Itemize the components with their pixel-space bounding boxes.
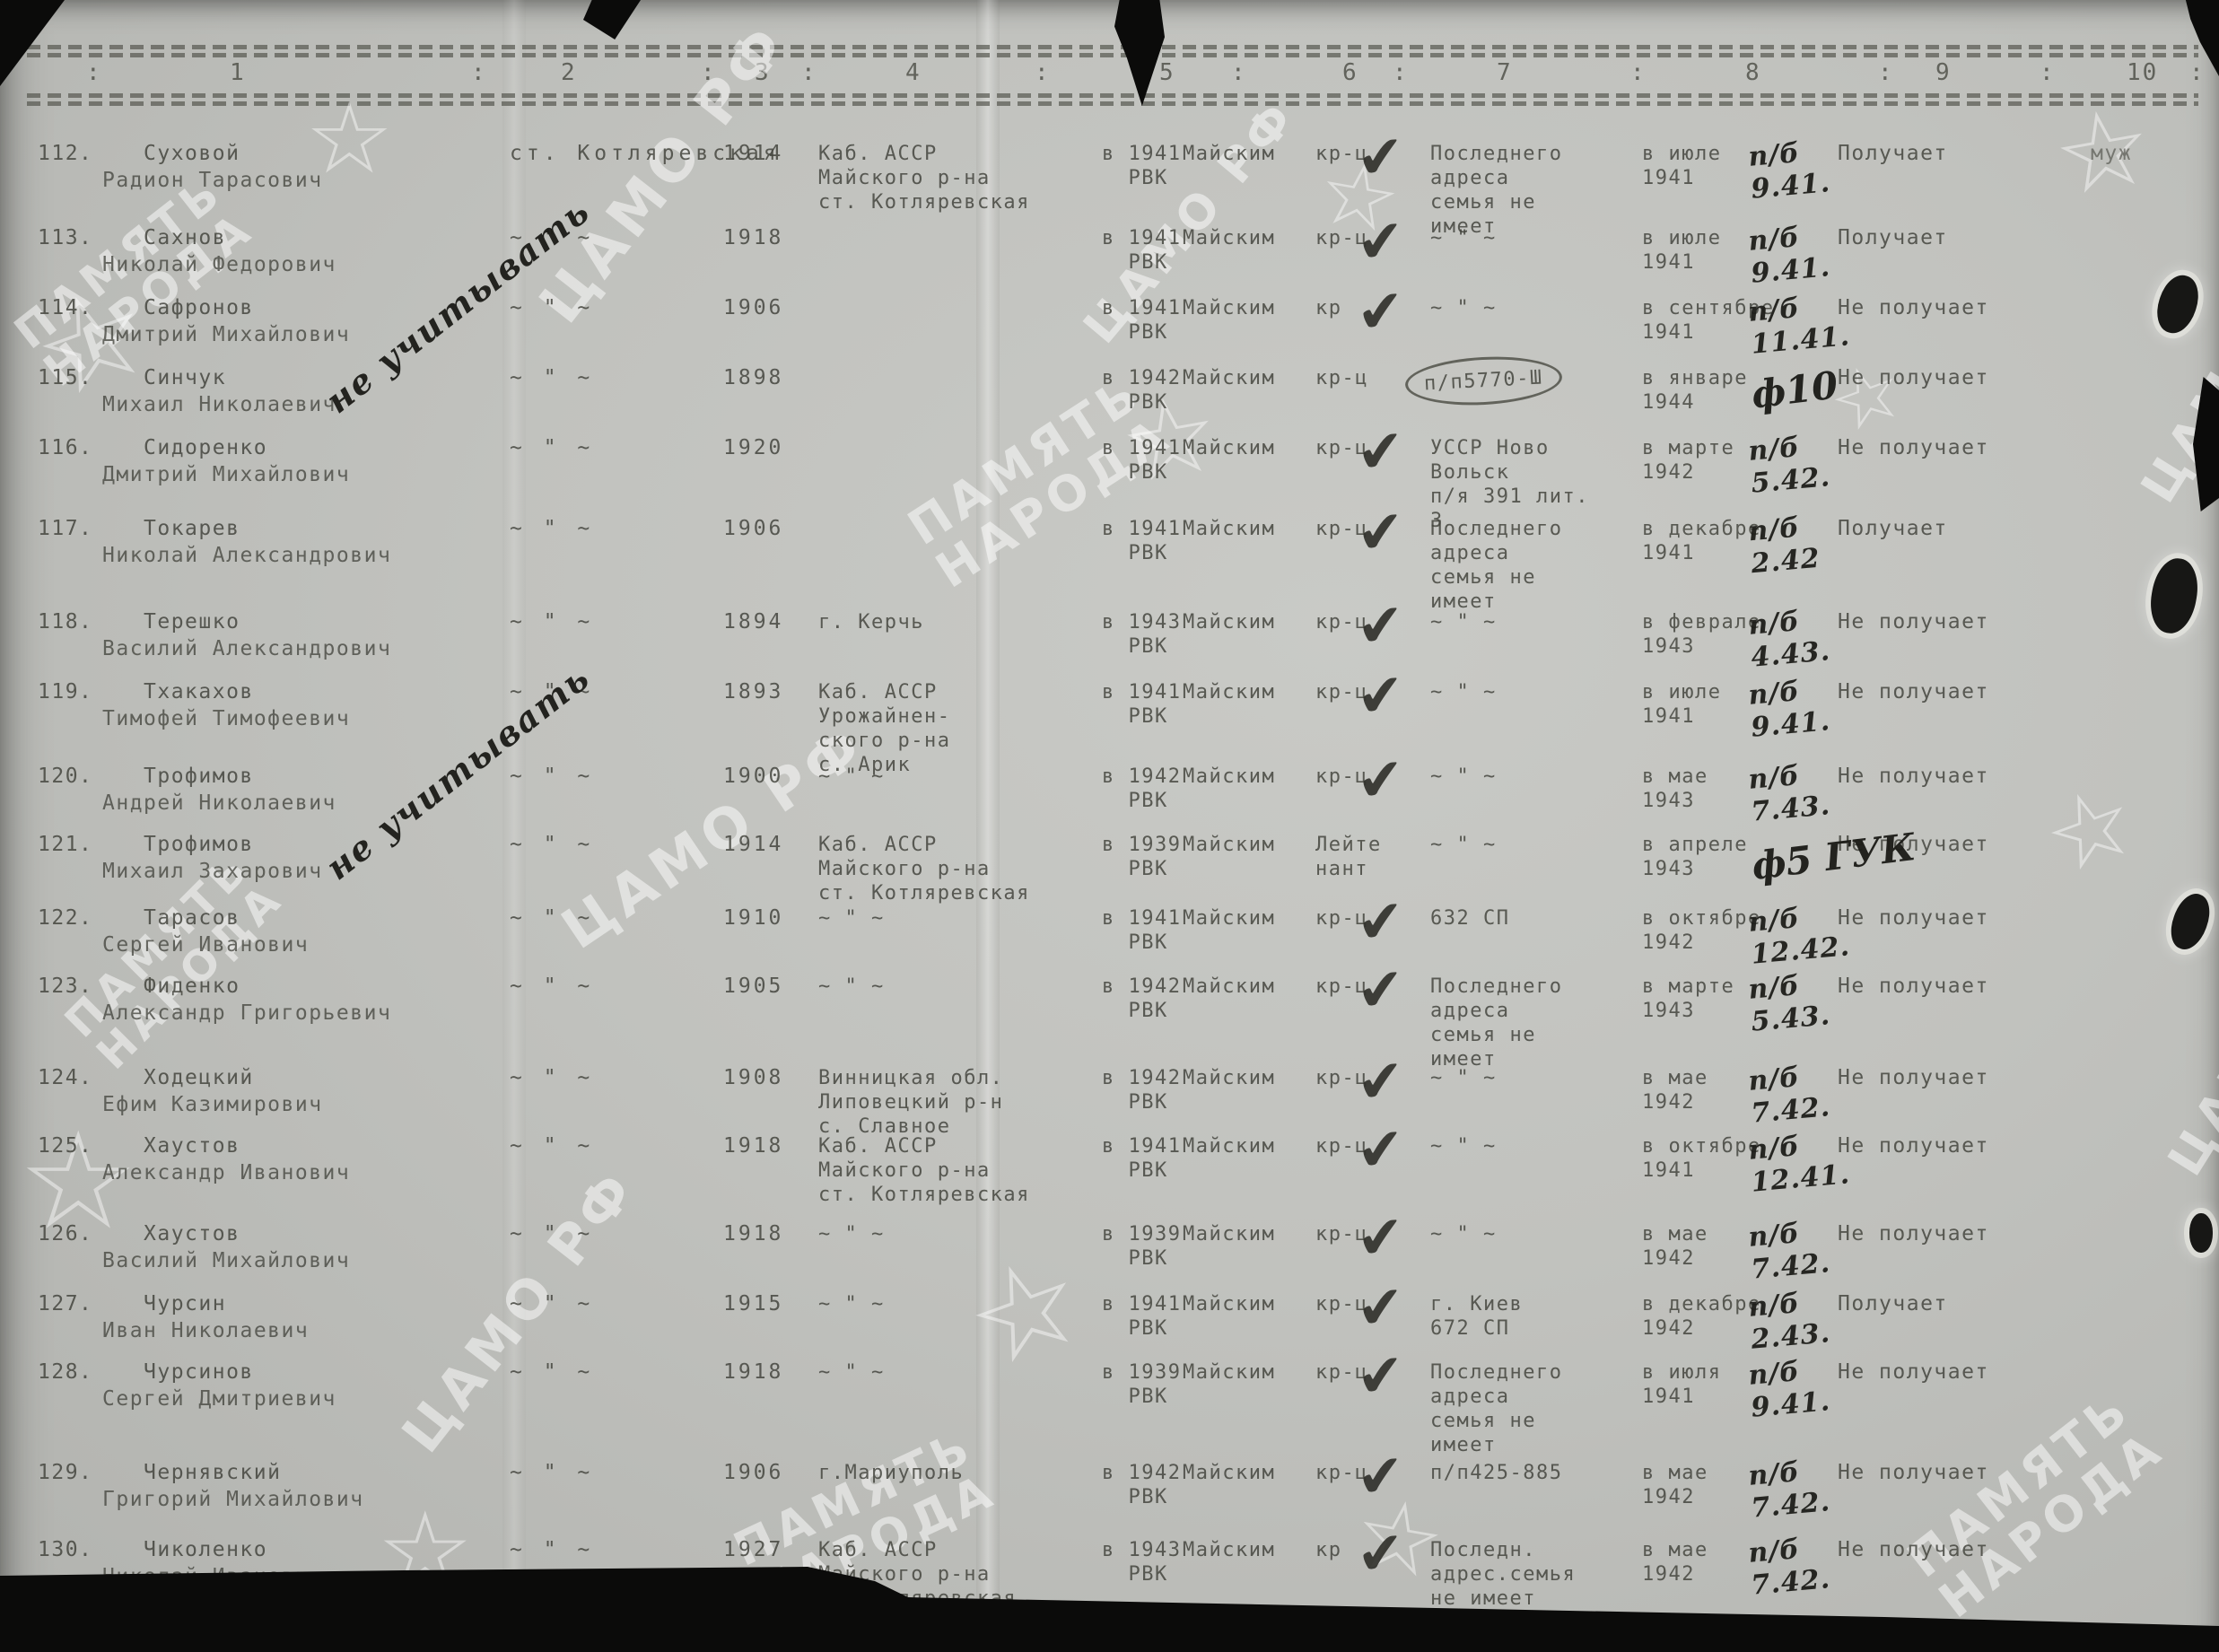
- soldier-surname: Синчук: [144, 366, 226, 390]
- column-separator: :: [1630, 59, 1647, 86]
- rvk-name: Майским: [1183, 366, 1275, 390]
- birth-year: 1918: [723, 1134, 783, 1158]
- military-rank: Лейте нант: [1315, 833, 1382, 881]
- column-separator: :: [1878, 59, 1894, 86]
- rvk-name: Майским: [1183, 1134, 1275, 1158]
- watermark-text: ПАМЯТЬ НАРОДА: [1900, 1382, 2173, 1627]
- last-contact-date: в январе 1944: [1642, 366, 1748, 415]
- rvk-name: Майским: [1183, 142, 1275, 166]
- soldier-surname: Хаустов: [144, 1134, 240, 1158]
- station-ditto: ~ " ~: [510, 1222, 594, 1246]
- soldier-surname: Терешко: [144, 610, 240, 634]
- last-contact-date: в октябре 1942: [1642, 906, 1761, 955]
- last-address-unit: ~ " ~: [1430, 1222, 1497, 1246]
- birthplace: ~ " ~: [818, 1292, 885, 1316]
- benefit-status: Получает: [1838, 1292, 1948, 1316]
- birth-year: 1915: [723, 1292, 783, 1316]
- last-address-unit: п/п5770-Ш: [1404, 353, 1563, 408]
- column-number: 2: [561, 59, 577, 86]
- handwritten-date-note: п/б 9.41.: [1747, 135, 1831, 205]
- last-contact-date: в октябре 1941: [1642, 1134, 1761, 1183]
- station-ditto: ~ " ~: [510, 1066, 594, 1090]
- birth-year: 1914: [723, 142, 783, 166]
- checkmark-ink: ✔: [1354, 503, 1408, 564]
- handwritten-date-note: п/б 2.42: [1747, 511, 1822, 581]
- handwritten-date-note: п/б 5.42.: [1747, 429, 1831, 500]
- checkmark-ink: ✔: [1354, 212, 1408, 274]
- soldier-given-name: Михаил Николаевич: [102, 393, 336, 417]
- handwritten-date-note: п/б 5.43.: [1747, 967, 1831, 1038]
- military-rank: кр-ц: [1315, 366, 1368, 390]
- column-separator: :: [1035, 59, 1051, 86]
- station-ditto: ~ " ~: [510, 366, 594, 390]
- rvk-name: Майским: [1183, 226, 1275, 250]
- row-number: 128.: [38, 1360, 92, 1385]
- last-address-unit: г. Киев 672 СП: [1430, 1292, 1523, 1341]
- station-ditto: ~ " ~: [510, 1461, 594, 1485]
- checkmark-ink: ✔: [1354, 282, 1408, 344]
- last-contact-date: в декабре 1941: [1642, 517, 1761, 565]
- last-contact-date: в декабре 1942: [1642, 1292, 1761, 1341]
- soldier-given-name: Михаил Захарович: [102, 860, 323, 884]
- station-ditto: ~ " ~: [510, 1134, 594, 1158]
- column-number: 5: [1159, 59, 1175, 86]
- draft-year-rvk: в 1941 РВК: [1102, 436, 1181, 485]
- paper-hole: [2145, 555, 2203, 636]
- handwritten-date-note: п/б 12.42.: [1747, 898, 1851, 971]
- row-number: 118.: [38, 610, 92, 634]
- station-ditto: ~ " ~: [510, 436, 594, 460]
- soldier-given-name: Ефим Казимирович: [102, 1093, 323, 1117]
- birth-year: 1898: [723, 366, 783, 390]
- draft-year-rvk: в 1941 РВК: [1102, 680, 1181, 729]
- handwritten-date-note: п/б 9.41.: [1747, 673, 1831, 744]
- birth-year: 1927: [723, 1538, 783, 1562]
- station-ditto: ~ " ~: [510, 975, 594, 999]
- soldier-surname: Трофимов: [144, 833, 254, 857]
- soldier-given-name: Григорий Михайлович: [102, 1488, 364, 1512]
- row-number: 113.: [38, 226, 92, 250]
- relation-label: муж: [2091, 142, 2132, 166]
- draft-year-rvk: в 1942 РВК: [1102, 1461, 1181, 1509]
- soldier-given-name: Александр Иванович: [102, 1161, 350, 1185]
- soldier-surname: Фиденко: [144, 975, 240, 999]
- column-separator: :: [2040, 59, 2056, 86]
- benefit-status: Получает: [1838, 142, 1948, 166]
- column-number: 7: [1497, 59, 1513, 86]
- column-separator: :: [471, 59, 487, 86]
- handwritten-date-note: п/б 7.42.: [1747, 1531, 1831, 1602]
- birthplace: г.Мариуполь: [818, 1461, 964, 1485]
- column-number: 1: [230, 59, 246, 86]
- soldier-given-name: Тимофей Тимофеевич: [102, 707, 350, 731]
- birthplace: ~ " ~: [818, 975, 885, 999]
- rvk-name: Майским: [1183, 610, 1275, 634]
- last-contact-date: в марте 1942: [1642, 436, 1734, 485]
- rvk-name: Майским: [1183, 833, 1275, 857]
- soldier-surname: Токарев: [144, 517, 240, 541]
- benefit-status: Не получает: [1838, 296, 1989, 320]
- birth-year: 1920: [723, 436, 783, 460]
- checkmark-ink: ✔: [1354, 750, 1408, 812]
- checkmark-ink: ✔: [1354, 1346, 1408, 1408]
- birthplace: г. Керчь: [818, 610, 924, 634]
- rvk-name: Майским: [1183, 1222, 1275, 1246]
- row-number: 119.: [38, 680, 92, 704]
- soldier-surname: Сахнов: [144, 226, 226, 250]
- column-separator: :: [1393, 59, 1409, 86]
- ruled-line: [27, 53, 2198, 57]
- rvk-name: Майским: [1183, 1461, 1275, 1485]
- row-number: 112.: [38, 142, 92, 166]
- soldier-given-name: Василий Михайлович: [102, 1249, 350, 1273]
- handwritten-date-note: п/б 2.43.: [1747, 1285, 1831, 1356]
- row-number: 123.: [38, 975, 92, 999]
- paper-hole: [2151, 270, 2205, 338]
- benefit-status: Не получает: [1838, 1538, 1989, 1562]
- birth-year: 1910: [723, 906, 783, 931]
- column-separator: :: [86, 59, 102, 86]
- soldier-surname: Сидоренко: [144, 436, 267, 460]
- handwritten-date-note: п/б 7.42.: [1747, 1215, 1831, 1286]
- column-number: 4: [905, 59, 922, 86]
- paper-hole: [2164, 888, 2216, 954]
- star-watermark-icon: ☆: [948, 1223, 1104, 1399]
- column-number: 10: [2127, 59, 2158, 86]
- last-address-unit: ~ " ~: [1430, 610, 1497, 634]
- draft-year-rvk: в 1939 РВК: [1102, 1222, 1181, 1271]
- draft-year-rvk: в 1941 РВК: [1102, 906, 1181, 955]
- scanned-document-page: 12345678910::::::::::: ЦАМО РФПАМЯТЬ НАР…: [0, 0, 2219, 1652]
- column-separator: :: [2189, 59, 2206, 86]
- checkmark-ink: ✔: [1354, 892, 1408, 954]
- last-contact-date: в мае 1942: [1642, 1461, 1708, 1509]
- station-ditto: ~ " ~: [510, 610, 594, 634]
- birth-year: 1906: [723, 296, 783, 320]
- rvk-name: Майским: [1183, 1360, 1275, 1385]
- birth-year: 1918: [723, 226, 783, 250]
- benefit-status: Не получает: [1838, 1134, 1989, 1158]
- draft-year-rvk: в 1942 РВК: [1102, 765, 1181, 813]
- last-contact-date: в мае 1942: [1642, 1066, 1708, 1114]
- column-number: 6: [1342, 59, 1358, 86]
- handwritten-reference-note: ф5 ГУК: [1750, 825, 1918, 888]
- station-ditto: ~ " ~: [510, 1292, 594, 1316]
- birth-year: 1918: [723, 1360, 783, 1385]
- birthplace: Каб. АССР Урожайнен- ского р-на с. Арик: [818, 680, 950, 777]
- rvk-name: Майским: [1183, 436, 1275, 460]
- last-contact-date: в июле 1941: [1642, 226, 1721, 275]
- row-number: 121.: [38, 833, 92, 857]
- handwritten-date-note: п/б 7.42.: [1747, 1454, 1831, 1525]
- station-ditto: ~ " ~: [510, 906, 594, 931]
- rvk-name: Майским: [1183, 1292, 1275, 1316]
- checkmark-ink: ✔: [1354, 422, 1408, 484]
- draft-year-rvk: в 1941 РВК: [1102, 296, 1181, 345]
- row-number: 125.: [38, 1134, 92, 1158]
- column-number: 8: [1745, 59, 1761, 86]
- soldier-surname: Тхакахов: [144, 680, 254, 704]
- row-number: 116.: [38, 436, 92, 460]
- birthplace: Винницкая обл. Липовецкий р-н с. Славное: [818, 1066, 1003, 1139]
- benefit-status: Получает: [1838, 517, 1948, 541]
- draft-year-rvk: в 1943 РВК: [1102, 610, 1181, 659]
- row-number: 126.: [38, 1222, 92, 1246]
- checkmark-ink: ✔: [1354, 1208, 1408, 1270]
- soldier-surname: Тарасов: [144, 906, 240, 931]
- checkmark-ink: ✔: [1354, 596, 1408, 658]
- paper-fold: [976, 0, 1000, 1652]
- torn-notch: [583, 0, 641, 39]
- draft-year-rvk: в 1942 РВК: [1102, 975, 1181, 1023]
- soldier-surname: Сафронов: [144, 296, 254, 320]
- draft-year-rvk: в 1941 РВК: [1102, 142, 1181, 190]
- soldier-surname: Чернявский: [144, 1461, 281, 1485]
- birthplace: ~ " ~: [818, 906, 885, 931]
- last-contact-date: в мае 1942: [1642, 1538, 1708, 1586]
- handwritten-date-note: п/б 12.41.: [1747, 1126, 1851, 1199]
- handwritten-date-note: п/б 4.43.: [1747, 603, 1831, 674]
- last-address-unit: ~ " ~: [1430, 833, 1497, 857]
- handwritten-date-note: п/б 11.41.: [1747, 288, 1851, 361]
- last-address-unit: ~ " ~: [1430, 1134, 1497, 1158]
- benefit-status: Не получает: [1838, 1066, 1989, 1090]
- rvk-name: Майским: [1183, 680, 1275, 704]
- benefit-status: Не получает: [1838, 906, 1989, 931]
- column-number: 9: [1935, 59, 1952, 86]
- last-contact-date: в апреле 1943: [1642, 833, 1748, 881]
- row-number: 120.: [38, 765, 92, 789]
- checkmark-ink: ✔: [1354, 666, 1408, 728]
- draft-year-rvk: в 1941 РВК: [1102, 1292, 1181, 1341]
- benefit-status: Не получает: [1838, 436, 1989, 460]
- rvk-name: Майским: [1183, 517, 1275, 541]
- last-address-unit: ~ " ~: [1430, 226, 1497, 250]
- last-contact-date: в мае 1943: [1642, 765, 1708, 813]
- last-contact-date: в июле 1941: [1642, 680, 1721, 729]
- last-address-unit: ~ " ~: [1430, 765, 1497, 789]
- birth-year: 1900: [723, 765, 783, 789]
- handwritten-date-note: п/б 7.43.: [1747, 757, 1831, 828]
- soldier-given-name: Дмитрий Михайлович: [102, 323, 350, 347]
- last-address-unit: Последнего адреса семья не имеет: [1430, 1360, 1562, 1457]
- draft-year-rvk: в 1941 РВК: [1102, 517, 1181, 565]
- soldier-given-name: Радион Тарасович: [102, 169, 323, 193]
- column-separator: :: [1231, 59, 1247, 86]
- soldier-surname: Чурсин: [144, 1292, 226, 1316]
- birth-year: 1918: [723, 1222, 783, 1246]
- benefit-status: Не получает: [1838, 610, 1989, 634]
- last-contact-date: в марте 1943: [1642, 975, 1734, 1023]
- handwritten-reference-note: ф10: [1749, 363, 1840, 416]
- paper-hole: [2189, 1213, 2213, 1253]
- birth-year: 1914: [723, 833, 783, 857]
- last-contact-date: в июле 1941: [1642, 142, 1721, 190]
- military-rank: кр: [1315, 1538, 1342, 1562]
- row-number: 127.: [38, 1292, 92, 1316]
- checkmark-ink: ✔: [1354, 960, 1408, 1022]
- birth-year: 1894: [723, 610, 783, 634]
- draft-year-rvk: в 1939 РВК: [1102, 1360, 1181, 1409]
- soldier-given-name: Николай Федорович: [102, 253, 336, 277]
- benefit-status: Не получает: [1838, 366, 1989, 390]
- last-contact-date: в июля 1941: [1642, 1360, 1721, 1409]
- column-separator: :: [801, 59, 817, 86]
- station-ditto: ~ " ~: [510, 765, 594, 789]
- soldier-given-name: Александр Григорьевич: [102, 1001, 391, 1026]
- benefit-status: Не получает: [1838, 1222, 1989, 1246]
- soldier-given-name: Сергей Дмитриевич: [102, 1387, 336, 1412]
- row-number: 122.: [38, 906, 92, 931]
- row-number: 130.: [38, 1538, 92, 1562]
- benefit-status: Не получает: [1838, 765, 1989, 789]
- rvk-name: Майским: [1183, 1538, 1275, 1562]
- soldier-given-name: Василий Александрович: [102, 637, 391, 661]
- last-contact-date: в мае 1942: [1642, 1222, 1708, 1271]
- rvk-name: Майским: [1183, 906, 1275, 931]
- row-number: 117.: [38, 517, 92, 541]
- checkmark-ink: ✔: [1354, 1120, 1408, 1182]
- rvk-name: Майским: [1183, 1066, 1275, 1090]
- handwritten-date-note: п/б 7.42.: [1747, 1059, 1831, 1130]
- birthplace: Каб. АССР Майского р-на ст. Котляревская: [818, 1134, 1030, 1207]
- station-ditto: ~ " ~: [510, 833, 594, 857]
- soldier-surname: Хаустов: [144, 1222, 240, 1246]
- station-ditto: ~ " ~: [510, 296, 594, 320]
- birthplace: ~ " ~: [818, 765, 885, 789]
- last-contact-date: в феврале 1943: [1642, 610, 1761, 659]
- ruled-line: [27, 45, 2198, 49]
- last-address-unit: Последн. адрес.семья не имеет: [1430, 1538, 1576, 1611]
- station-ditto: ~ " ~: [510, 1538, 594, 1562]
- star-watermark-icon: ☆: [2029, 760, 2151, 898]
- soldier-given-name: Сергей Иванович: [102, 933, 309, 957]
- last-address-unit: 632 СП: [1430, 906, 1509, 931]
- rvk-name: Майским: [1183, 296, 1275, 320]
- checkmark-ink: ✔: [1354, 1447, 1408, 1508]
- birthplace: ~ " ~: [818, 1360, 885, 1385]
- soldier-surname: Чурсинов: [144, 1360, 254, 1385]
- draft-year-rvk: в 1942 РВК: [1102, 366, 1181, 415]
- soldier-surname: Чиколенко: [144, 1538, 267, 1562]
- row-number: 124.: [38, 1066, 92, 1090]
- station-ditto: ~ " ~: [510, 517, 594, 541]
- row-number: 129.: [38, 1461, 92, 1485]
- handwritten-date-note: п/б 9.41.: [1747, 219, 1831, 290]
- birth-year: 1893: [723, 680, 783, 704]
- benefit-status: Не получает: [1838, 680, 1989, 704]
- last-address-unit: ~ " ~: [1430, 680, 1497, 704]
- birth-year: 1905: [723, 975, 783, 999]
- station-ditto: ~ " ~: [510, 1360, 594, 1385]
- checkmark-ink: ✔: [1354, 1052, 1408, 1114]
- draft-year-rvk: в 1942 РВК: [1102, 1066, 1181, 1114]
- soldier-given-name: Андрей Николаевич: [102, 791, 336, 816]
- soldier-given-name: Николай Александрович: [102, 544, 391, 568]
- birth-year: 1906: [723, 1461, 783, 1485]
- birthplace: Каб. АССР Майского р-на ст. Котляревская: [818, 142, 1030, 214]
- military-rank: кр: [1315, 296, 1342, 320]
- soldier-given-name: Иван Николаевич: [102, 1319, 309, 1343]
- last-address-unit: Последнего адреса семья не имеет: [1430, 517, 1562, 614]
- last-address-unit: п/п425-885: [1430, 1461, 1562, 1485]
- last-address-unit: ~ " ~: [1430, 1066, 1497, 1090]
- soldier-surname: Трофимов: [144, 765, 254, 789]
- row-number: 115.: [38, 366, 92, 390]
- row-number: 114.: [38, 296, 92, 320]
- draft-year-rvk: в 1941 РВК: [1102, 1134, 1181, 1183]
- last-address-unit: Последнего адреса семья не имеет: [1430, 975, 1562, 1071]
- benefit-status: Не получает: [1838, 1360, 1989, 1385]
- benefit-status: Не получает: [1838, 975, 1989, 999]
- last-address-unit: ~ " ~: [1430, 296, 1497, 320]
- rvk-name: Майским: [1183, 975, 1275, 999]
- draft-year-rvk: в 1943 РВК: [1102, 1538, 1181, 1586]
- checkmark-ink: ✔: [1354, 127, 1408, 189]
- draft-year-rvk: в 1939 РВК: [1102, 833, 1181, 881]
- checkmark-ink: ✔: [1354, 1524, 1408, 1586]
- benefit-status: Не получает: [1838, 1461, 1989, 1485]
- birth-year: 1908: [723, 1066, 783, 1090]
- soldier-surname: Суховой: [144, 142, 240, 166]
- torn-corner: [0, 0, 65, 86]
- soldier-given-name: Дмитрий Михайлович: [102, 463, 350, 487]
- birthplace: ~ " ~: [818, 1222, 885, 1246]
- last-address-unit: Последнего адреса семья не имеет: [1430, 142, 1562, 239]
- handwritten-date-note: п/б 9.41.: [1747, 1353, 1831, 1424]
- checkmark-ink: ✔: [1354, 1278, 1408, 1340]
- soldier-surname: Ходецкий: [144, 1066, 254, 1090]
- birth-year: 1906: [723, 517, 783, 541]
- rvk-name: Майским: [1183, 765, 1275, 789]
- draft-year-rvk: в 1941 РВК: [1102, 226, 1181, 275]
- benefit-status: Получает: [1838, 226, 1948, 250]
- birthplace: Каб. АССР Майского р-на ст. Котляревская: [818, 833, 1030, 905]
